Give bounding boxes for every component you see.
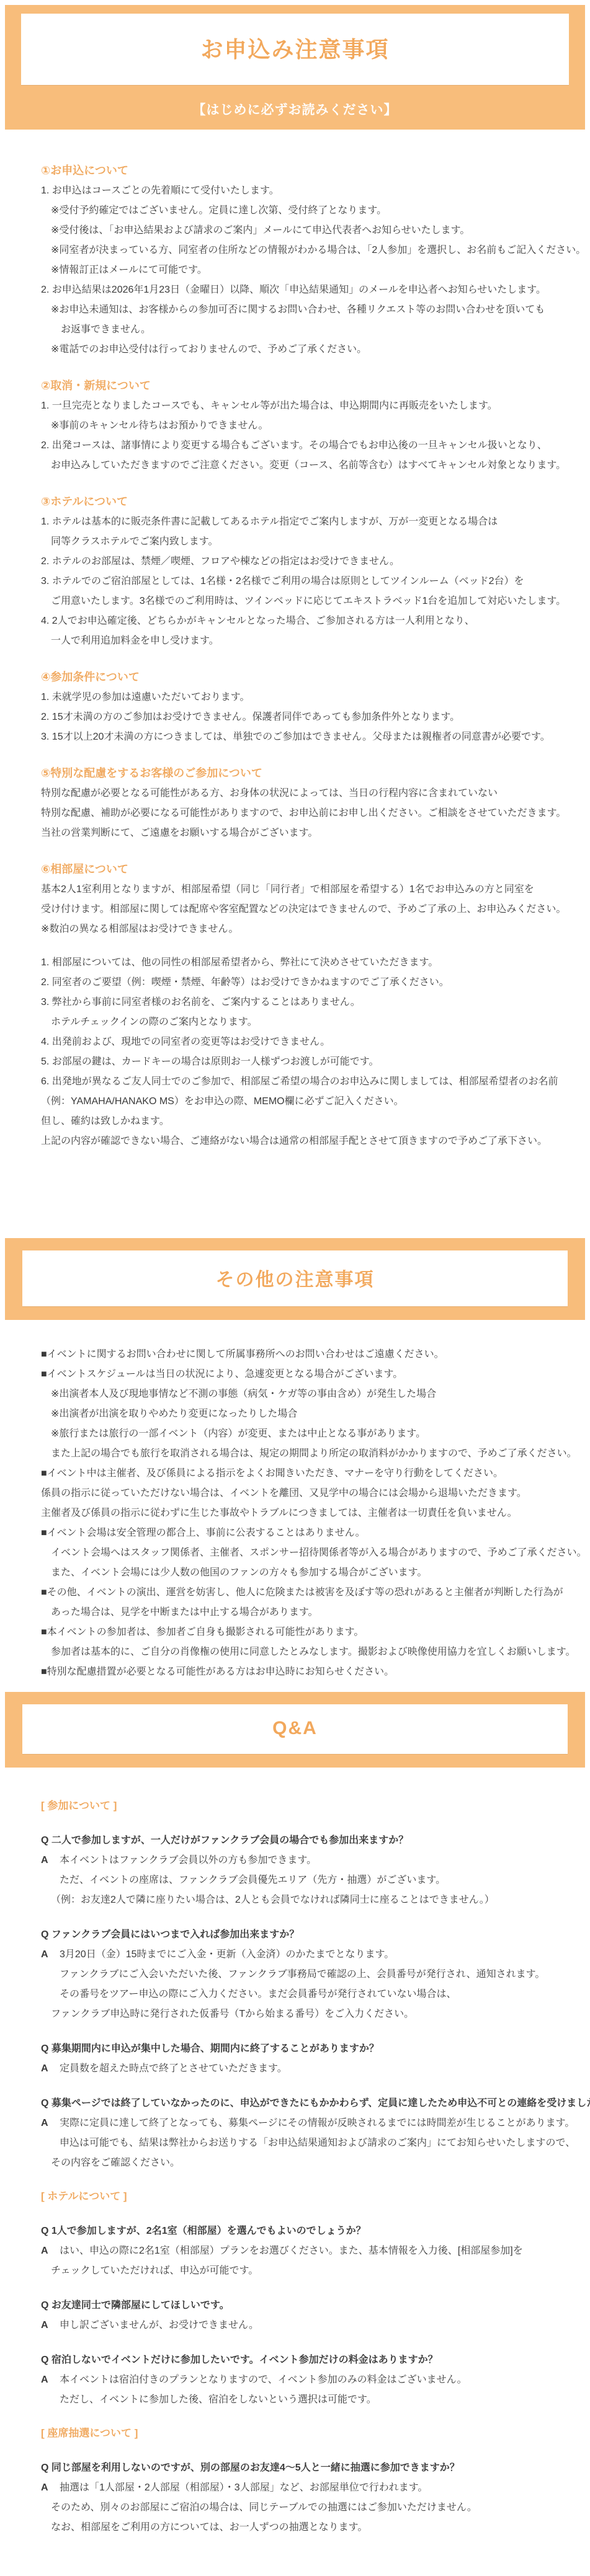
note-line: ご用意いたします。3名様でのご利用時は、ツインベッドに応じてエキストラベッド1台…: [41, 591, 565, 611]
note-line: 受け付けます。相部屋に関しては配席や客室配置などの決定はできませんので、予めご了…: [41, 900, 565, 919]
qa-answer-prefix: A: [41, 2059, 60, 2079]
note-line: 6. 出発地が異なるご友人同士でのご参加で、相部屋ご希望の場合のお申込みに関しま…: [41, 1072, 565, 1092]
qa-question: Q 二人で参加しますが、一人だけがファンクラブ会員の場合でも参加出来ますか？: [41, 1831, 565, 1851]
qa-answer-line: 抽選は「1人部屋・2人部屋（相部屋）・3人部屋」など、お部屋単位で行われます。: [60, 2478, 427, 2498]
note-line: ※数泊の異なる相部屋はお受けできません。: [41, 919, 565, 939]
other-notes-body: ■イベントに関するお問い合わせに関して所属事務所へのお問い合わせはご遠慮ください…: [0, 1345, 590, 1682]
qa-item: Q 宿泊しないでイベントだけに参加したいです。イベント参加だけの料金はありますか…: [41, 2350, 565, 2410]
other-note-line: ■イベント中は主催者、及び係員による指示をよくお聞きいただき、マナーを守り行動を…: [41, 1464, 565, 1484]
qa-answer-line: ただ、イベントの座席は、ファンクラブ会員優先エリア（先方・抽選）がございます。: [41, 1870, 565, 1890]
qa-question: Q 募集期間内に申込が集中した場合、期間内に終了することがありますか？: [41, 2039, 565, 2059]
note-line: 上記の内容が確認できない場合、ご連絡がない場合は通常の相部屋手配とさせて頂きます…: [41, 1131, 565, 1151]
other-note-line: あった場合は、見学を中断または中止する場合があります。: [41, 1603, 565, 1622]
qa-answer-prefix: A: [41, 2478, 60, 2498]
qa-question: Q 募集ページでは終了していなかったのに、申込ができたにもかかわらず、定員に達し…: [41, 2094, 565, 2113]
note-line: 1. ホテルは基本的に販売条件書に記載してあるホテル指定でご案内しますが、万が一…: [41, 512, 565, 532]
qa-answer-prefix: A: [41, 2113, 60, 2133]
qa-banner: Q&A: [5, 1692, 585, 1768]
qa-answer-line: なお、相部屋をご利用の方については、お一人ずつの抽選となります。: [41, 2518, 565, 2538]
application-banner-subtitle: 【はじめに必ずお読みください】: [21, 100, 569, 118]
other-note-line: 係員の指示に従っていただけない場合は、イベントを離団、又見学中の場合には会場から…: [41, 1484, 565, 1503]
qa-answer-line: ただし、イベントに参加した後、宿泊をしないという選択は可能です。: [41, 2390, 565, 2410]
qa-banner-title: Q&A: [29, 1718, 561, 1739]
qa-answer-line: はい、申込の際に2名1室（相部屋）プランをお選びください。また、基本情報を入力後…: [60, 2241, 523, 2261]
qa-body: [ 参加について ]Q 二人で参加しますが、一人だけがファンクラブ会員の場合でも…: [0, 1796, 590, 2538]
note-line: 4. 出発前および、現地での同室者の変更等はお受けできません。: [41, 1032, 565, 1052]
notice-page: お申込み注意事項 【はじめに必ずお読みください】 ①お申込について1. お申込は…: [0, 5, 590, 2576]
qa-answer-line: ファンクラブ申込時に発行された仮番号（Tから始まる番号）をご入力ください。: [41, 2004, 565, 2024]
qa-answer-row: A抽選は「1人部屋・2人部屋（相部屋）・3人部屋」など、お部屋単位で行われます。: [41, 2478, 565, 2498]
qa-question: Q 宿泊しないでイベントだけに参加したいです。イベント参加だけの料金はありますか…: [41, 2350, 565, 2370]
other-note-line: また上記の場合でも旅行を取消される場合は、規定の期間より所定の取消料がかかります…: [41, 1444, 565, 1464]
other-note-line: また、イベント会場には少人数の他国のファンの方々も参加する場合がございます。: [41, 1563, 565, 1583]
other-note-line: ※旅行または旅行の一部イベント（内容）が変更、または中止となる事があります。: [41, 1424, 565, 1444]
notes-group-3: ③ホテルについて1. ホテルは基本的に販売条件書に記載してあるホテル指定でご案内…: [41, 492, 565, 651]
qa-item: Q 募集期間内に申込が集中した場合、期間内に終了することがありますか？A定員数を…: [41, 2039, 565, 2079]
note-line: 2. 出発コースは、諸事情により変更する場合もございます。その場合でもお申込後の…: [41, 436, 565, 456]
qa-banner-box: Q&A: [22, 1704, 568, 1754]
other-note-line: ■イベント会場は安全管理の都合上、事前に公表することはありません。: [41, 1523, 565, 1543]
qa-item: Q 同じ部屋を利用しないのですが、別の部屋のお友達4～5人と一緒に抽選に参加でき…: [41, 2458, 565, 2538]
other-note-line: ■特別な配慮措置が必要となる可能性がある方はお申込時にお知らせください。: [41, 1662, 565, 1682]
note-line: 当社の営業判断にて、ご遠慮をお願いする場合がございます。: [41, 823, 565, 843]
note-line: 2. お申込結果は2026年1月23日（金曜日）以降、順次「申込結果通知」のメー…: [41, 280, 565, 300]
notes-group-4: ④参加条件について1. 未就学児の参加は遠慮いただいております。2. 15才未満…: [41, 667, 565, 747]
other-note-line: ■イベントスケジュールは当日の状況により、急遽変更となる場合がございます。: [41, 1365, 565, 1384]
note-line: 特別な配慮、補助が必要になる可能性がありますので、お申込前にお申し出ください。ご…: [41, 803, 565, 823]
note-line: 1. 相部屋については、他の同性の相部屋希望者から、弊社にて決めさせていただきま…: [41, 953, 565, 973]
group-heading: ③ホテルについて: [41, 492, 565, 512]
note-line: お申込みしていただきますのでご注意ください。変更（コース、名前等含む）はすべてキ…: [41, 456, 565, 476]
qa-answer-prefix: A: [41, 2241, 60, 2261]
note-line: 5. お部屋の鍵は、カードキーの場合は原則お一人様ずつお渡しが可能です。: [41, 1052, 565, 1072]
qa-category-1: [ 参加について ]Q 二人で参加しますが、一人だけがファンクラブ会員の場合でも…: [41, 1796, 565, 2173]
qa-question: Q 同じ部屋を利用しないのですが、別の部屋のお友達4～5人と一緒に抽選に参加でき…: [41, 2458, 565, 2478]
note-line: お返事できません。: [41, 320, 565, 340]
notes-group-6: ⑥相部屋について基本2人1室利用となりますが、相部屋希望（同じ「同行者」で相部屋…: [41, 859, 565, 1151]
note-line: 但し、確約は致しかねます。: [41, 1112, 565, 1131]
qa-answer-line: その番号をツアー申込の際にご入力ください。まだ会員番号が発行されていない場合は、: [41, 1985, 565, 2004]
note-line: 3. 弊社から事前に同室者様のお名前を、ご案内することはありません。: [41, 993, 565, 1012]
group-heading: ②取消・新規について: [41, 376, 565, 396]
qa-answer-row: A本イベントは宿泊付きのプランとなりますので、イベント参加のみの料金はございませ…: [41, 2370, 565, 2390]
qa-answer-row: A3月20日（金）15時までにご入金・更新（入金済）のかたまでとなります。: [41, 1945, 565, 1965]
group-heading: ⑤特別な配慮をするお客様のご参加について: [41, 763, 565, 784]
other-banner-box: その他の注意事項: [22, 1250, 568, 1306]
notes-group-5: ⑤特別な配慮をするお客様のご参加について特別な配慮が必要となる可能性がある方、お…: [41, 763, 565, 843]
qa-answer-prefix: A: [41, 2316, 60, 2335]
qa-answer-prefix: A: [41, 1851, 60, 1870]
qa-answer-row: A実際に定員に達して終了となっても、募集ページにその情報が反映されるまでには時間…: [41, 2113, 565, 2133]
qa-answer-line: 3月20日（金）15時までにご入金・更新（入金済）のかたまでとなります。: [60, 1945, 394, 1965]
qa-category-3: [ 座席抽選について ]Q 同じ部屋を利用しないのですが、別の部屋のお友達4～5…: [41, 2423, 565, 2538]
qa-answer-line: 申し訳ございませんが、お受けできません。: [60, 2316, 259, 2335]
note-line: 2. ホテルのお部屋は、禁煙／喫煙、フロアや棟などの指定はお受けできません。: [41, 552, 565, 572]
note-line: 2. 同室者のご要望（例：喫煙・禁煙、年齢等）はお受けできかねますのでご了承くだ…: [41, 973, 565, 993]
other-note-line: 主催者及び係員の指示に従わずに生じた事故やトラブルにつきましては、主催者は一切責…: [41, 1503, 565, 1523]
other-note-line: ■イベントに関するお問い合わせに関して所属事務所へのお問い合わせはご遠慮ください…: [41, 1345, 565, 1365]
other-notes-banner: その他の注意事項: [5, 1238, 585, 1320]
other-note-line: ■その他、イベントの演出、運営を妨害し、他人に危険または被害を及ぼす等の恐れがあ…: [41, 1583, 565, 1603]
application-notes-body: ①お申込について1. お申込はコースごとの先着順にて受付いたします。※受付予約確…: [0, 161, 590, 1151]
note-line: 2. 15才未満の方のご参加はお受けできません。保護者同伴であっても参加条件外と…: [41, 707, 565, 727]
other-note-line: イベント会場へはスタッフ関係者、主催者、スポンサー招待関係者等が入る場合がありま…: [41, 1543, 565, 1563]
other-note-line: ※出演者が出演を取りやめたり変更になったりした場合: [41, 1404, 565, 1424]
other-note-line: 参加者は基本的に、ご自分の肖像権の使用に同意したとみなします。撮影および映像使用…: [41, 1642, 565, 1662]
qa-item: Q ファンクラブ会員にはいつまで入れば参加出来ますか？A3月20日（金）15時ま…: [41, 1925, 565, 2024]
group-heading: ⑥相部屋について: [41, 859, 565, 880]
group-heading: ④参加条件について: [41, 667, 565, 688]
qa-answer-line: その内容をご確認ください。: [41, 2153, 565, 2173]
note-line: 1. 未就学児の参加は遠慮いただいております。: [41, 688, 565, 707]
other-note-line: ■本イベントの参加者は、参加者ご自身も撮影される可能性があります。: [41, 1622, 565, 1642]
qa-answer-prefix: A: [41, 2370, 60, 2390]
note-line: ※お申込未通知は、お客様からの参加可否に関するお問い合わせ、各種リクエスト等のお…: [41, 300, 565, 320]
note-line: （例：YAMAHA/HANAKO MS）をお申込の際、MEMO欄に必ずご記入くだ…: [41, 1092, 565, 1112]
note-line: ※電話でのお申込受付は行っておりませんので、予めご了承ください。: [41, 340, 565, 360]
note-line: ※受付予約確定ではございません。定員に達し次第、受付終了となります。: [41, 201, 565, 221]
note-line: 特別な配慮が必要となる可能性がある方、お身体の状況によっては、当日の行程内容に含…: [41, 784, 565, 803]
note-line: ※同室者が決まっている方、同室者の住所などの情報がわかる場合は、「2人参加」を選…: [41, 241, 565, 260]
qa-answer-line: チェックしていただければ、申込が可能です。: [41, 2261, 565, 2281]
qa-answer-row: Aはい、申込の際に2名1室（相部屋）プランをお選びください。また、基本情報を入力…: [41, 2241, 565, 2261]
application-banner-title: お申込み注意事項: [27, 32, 563, 64]
qa-answer-line: 申込は可能でも、結果は弊社からお送りする「お申込結果通知および請求のご案内」にて…: [41, 2133, 565, 2153]
note-line: 3. ホテルでのご宿泊部屋としては、1名様・2名様でご利用の場合は原則としてツイ…: [41, 572, 565, 591]
qa-answer-row: A申し訳ございませんが、お受けできません。: [41, 2316, 565, 2335]
other-note-line: ※出演者本人及び現地事情など不測の事態（病気・ケガ等の事由含め）が発生した場合: [41, 1384, 565, 1404]
note-line: 基本2人1室利用となりますが、相部屋希望（同じ「同行者」で相部屋を希望する）1名…: [41, 880, 565, 900]
qa-category-label: [ ホテルについて ]: [41, 2187, 565, 2206]
note-line: 同等クラスホテルでご案内致します。: [41, 532, 565, 552]
qa-answer-line: 本イベントは宿泊付きのプランとなりますので、イベント参加のみの料金はございません…: [60, 2370, 467, 2390]
qa-answer-row: A定員数を超えた時点で終了とさせていただきます。: [41, 2059, 565, 2079]
qa-answer-line: ファンクラブにご入会いただいた後、ファンクラブ事務局で確認の上、会員番号が発行さ…: [41, 1965, 565, 1985]
note-line: ※情報訂正はメールにて可能です。: [41, 260, 565, 280]
note-line: 1. お申込はコースごとの先着順にて受付いたします。: [41, 181, 565, 201]
note-line: ※受付後は、「お申込結果および請求のご案内」メールにて申込代表者へお知らせいたし…: [41, 221, 565, 241]
group-heading: ①お申込について: [41, 161, 565, 181]
qa-answer-line: 定員数を超えた時点で終了とさせていただきます。: [60, 2059, 287, 2079]
qa-answer-row: A本イベントはファンクラブ会員以外の方も参加できます。: [41, 1851, 565, 1870]
application-banner: お申込み注意事項 【はじめに必ずお読みください】: [5, 5, 585, 130]
note-line: 一人で利用追加料金を申し受けます。: [41, 631, 565, 651]
qa-question: Q 1人で参加しますが、2名1室（相部屋）を選んでもよいのでしょうか？: [41, 2221, 565, 2241]
note-line: 3. 15才以上20才未満の方につきましては、単独でのご参加はできません。父母ま…: [41, 727, 565, 747]
note-line: ※事前のキャンセル待ちはお預かりできません。: [41, 416, 565, 436]
note-line: 1. 一旦完売となりましたコースでも、キャンセル等が出た場合は、申込期間内に再販…: [41, 396, 565, 416]
qa-category-label: [ 参加について ]: [41, 1796, 565, 1816]
notes-group-1: ①お申込について1. お申込はコースごとの先着順にて受付いたします。※受付予約確…: [41, 161, 565, 360]
qa-answer-line: 本イベントはファンクラブ会員以外の方も参加できます。: [60, 1851, 316, 1870]
qa-answer-prefix: A: [41, 1945, 60, 1965]
qa-category-label: [ 座席抽選について ]: [41, 2423, 565, 2443]
qa-item: Q 二人で参加しますが、一人だけがファンクラブ会員の場合でも参加出来ますか？A本…: [41, 1831, 565, 1910]
notes-group-2: ②取消・新規について1. 一旦完売となりましたコースでも、キャンセル等が出た場合…: [41, 376, 565, 476]
qa-item: Q 1人で参加しますが、2名1室（相部屋）を選んでもよいのでしょうか？Aはい、申…: [41, 2221, 565, 2281]
qa-answer-line: 実際に定員に達して終了となっても、募集ページにその情報が反映されるまでには時間差…: [60, 2113, 574, 2133]
qa-category-2: [ ホテルについて ]Q 1人で参加しますが、2名1室（相部屋）を選んでもよいの…: [41, 2187, 565, 2410]
note-line: ホテルチェックインの際のご案内となります。: [41, 1012, 565, 1032]
qa-answer-line: （例：お友達2人で隣に座りたい場合は、2人とも会員でなければ隣同士に座ることはで…: [41, 1890, 565, 1910]
qa-question: Q お友達同士で隣部屋にしてほしいです。: [41, 2296, 565, 2316]
note-line: 4. 2人でお申込確定後、どちらかがキャンセルとなった場合、ご参加される方は一人…: [41, 611, 565, 631]
qa-question: Q ファンクラブ会員にはいつまで入れば参加出来ますか？: [41, 1925, 565, 1945]
other-banner-title: その他の注意事項: [29, 1264, 561, 1291]
qa-item: Q 募集ページでは終了していなかったのに、申込ができたにもかかわらず、定員に達し…: [41, 2094, 565, 2173]
application-banner-box: お申込み注意事項: [21, 14, 569, 85]
page-bottom-spacer: [0, 2538, 590, 2576]
qa-answer-line: そのため、別々のお部屋にご宿泊の場合は、同じテーブルでの抽選にはご参加いただけま…: [41, 2498, 565, 2518]
qa-item: Q お友達同士で隣部屋にしてほしいです。A申し訳ございませんが、お受けできません…: [41, 2296, 565, 2335]
